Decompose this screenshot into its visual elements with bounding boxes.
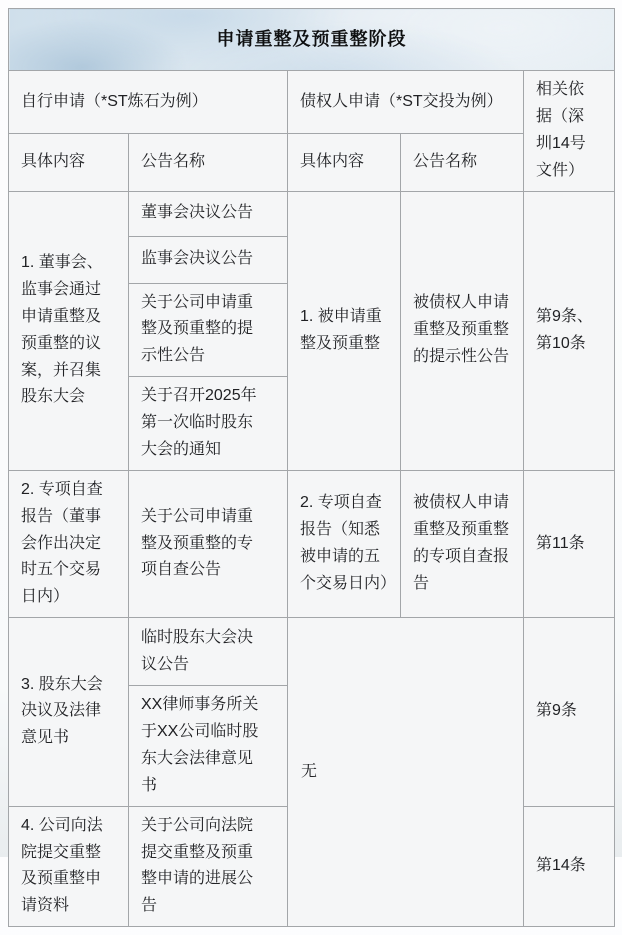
table-title: 申请重整及预重整阶段 xyxy=(9,9,615,71)
cell-step1-basis: 第9条、第10条 xyxy=(524,191,615,470)
header-related-basis: 相关依据（深圳14号文件） xyxy=(524,71,615,192)
cell-step2-creditor-content: 2. 专项自查报告（知悉被申请的五个交易日内） xyxy=(288,470,401,617)
cell-step1-creditor-announcement: 被债权人申请重整及预重整的提示性公告 xyxy=(401,191,524,470)
cell-step1-self-content: 1. 董事会、监事会通过申请重整及预重整的议案，并召集股东大会 xyxy=(9,191,129,470)
cell-step1-creditor-content: 1. 被申请重整及预重整 xyxy=(288,191,401,470)
cell-step3-basis: 第9条 xyxy=(524,618,615,807)
cell-step1-self-announcement-meeting-notice: 关于召开2025年第一次临时股东大会的通知 xyxy=(129,377,288,471)
cell-step3-self-announcement-legal-opinion: XX律师事务所关于XX公司临时股东大会法律意见书 xyxy=(129,686,288,807)
cell-step2-basis: 第11条 xyxy=(524,470,615,617)
header-creditor-content-col: 具体内容 xyxy=(288,134,401,191)
header-self-announcement-col: 公告名称 xyxy=(129,134,288,191)
cell-step1-self-announcement-indicative: 关于公司申请重整及预重整的提示性公告 xyxy=(129,283,288,377)
cell-step4-basis: 第14条 xyxy=(524,806,615,927)
cell-step3-self-content: 3. 股东大会决议及法律意见书 xyxy=(9,618,129,807)
cell-step1-self-announcement-board: 董事会决议公告 xyxy=(129,191,288,236)
cell-step1-self-announcement-supervisory: 监事会决议公告 xyxy=(129,236,288,283)
header-self-apply-group: 自行申请（*ST炼石为例） xyxy=(9,71,288,134)
cell-step4-self-content: 4. 公司向法院提交重整及预重整申请资料 xyxy=(9,806,129,927)
document-page: 申请重整及预重整阶段 自行申请（*ST炼石为例） 债权人申请（*ST交投为例） … xyxy=(0,0,622,935)
header-creditor-apply-group: 债权人申请（*ST交投为例） xyxy=(288,71,524,134)
header-creditor-announcement-col: 公告名称 xyxy=(401,134,524,191)
cell-step4-self-announcement: 关于公司向法院提交重整及预重整申请的进展公告 xyxy=(129,806,288,927)
cell-step3-self-announcement-resolution: 临时股东大会决议公告 xyxy=(129,618,288,686)
restructuring-stage-table: 申请重整及预重整阶段 自行申请（*ST炼石为例） 债权人申请（*ST交投为例） … xyxy=(8,8,615,927)
cell-step2-self-content: 2. 专项自查报告（董事会作出决定时五个交易日内） xyxy=(9,470,129,617)
header-self-content-col: 具体内容 xyxy=(9,134,129,191)
cell-step3-4-creditor-none: 无 xyxy=(288,618,524,927)
cell-step2-creditor-announcement: 被债权人申请重整及预重整的专项自查报告 xyxy=(401,470,524,617)
cell-step2-self-announcement: 关于公司申请重整及预重整的专项自查公告 xyxy=(129,470,288,617)
